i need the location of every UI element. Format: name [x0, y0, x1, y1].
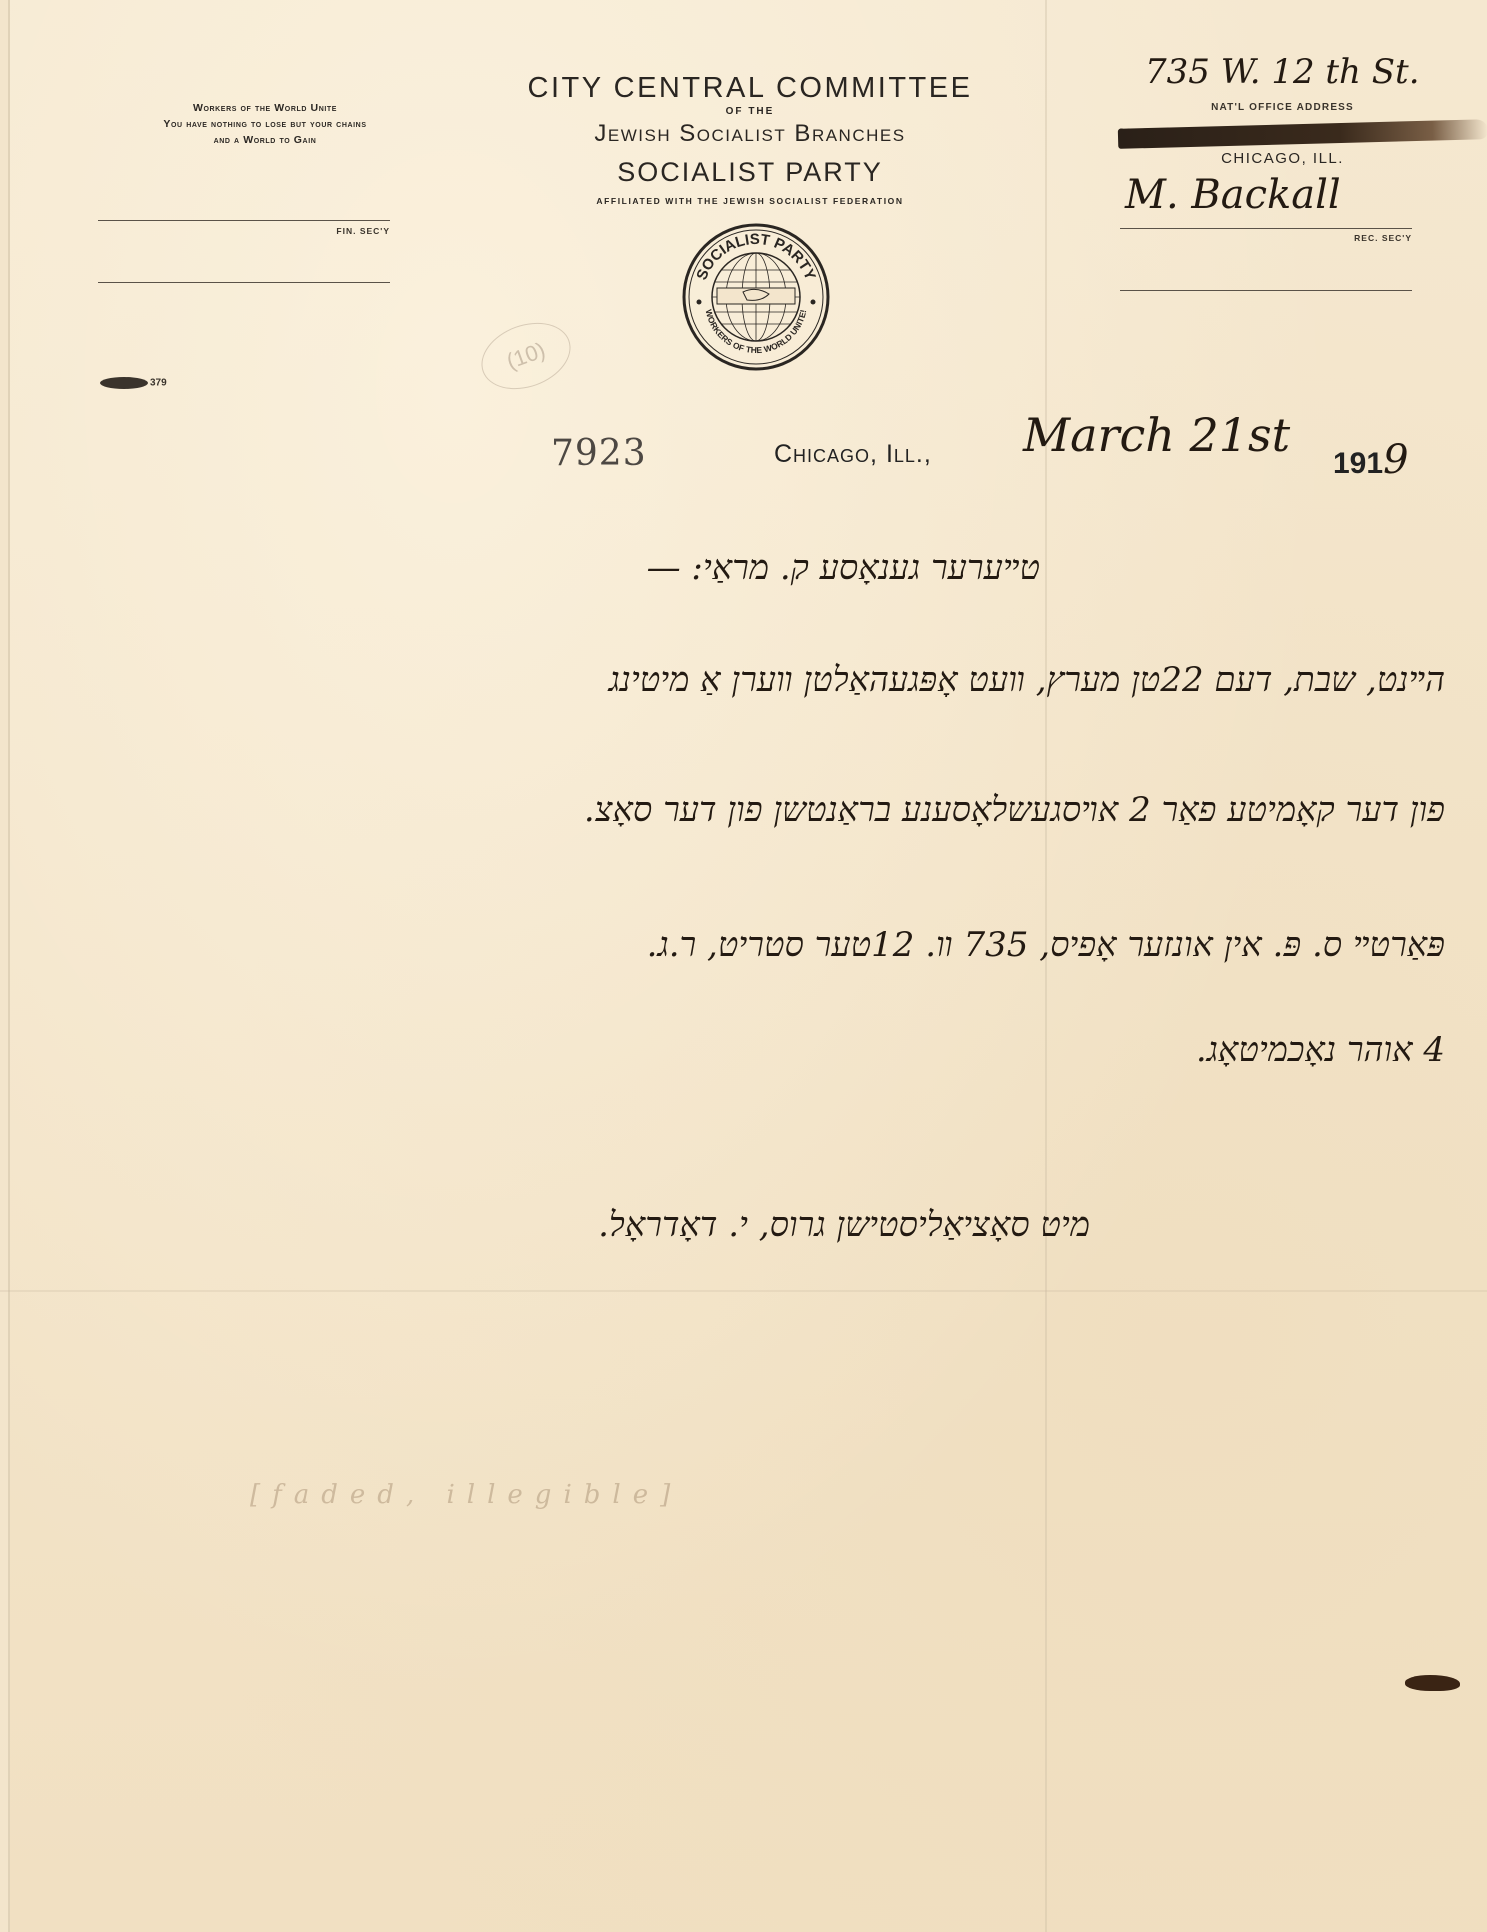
ink-blot — [1405, 1675, 1460, 1691]
letter-body-line-4: 4 אוהר נאָכמיטאָג. — [880, 1030, 1445, 1071]
letter-body-line-3: פּאַרטײ ס. פּ. אין אונזער אָפיס, 735 װ. … — [40, 925, 1445, 966]
rec-sec-signature-line — [1120, 228, 1412, 229]
motto-line-3: and a World to Gain — [95, 132, 435, 148]
year-printed: 191 — [1333, 447, 1383, 480]
paper-fold-horizontal — [0, 1290, 1487, 1292]
rec-sec-second-line — [1120, 290, 1412, 291]
affiliation-text: AFFILIATED WITH THE JEWISH SOCIALIST FED… — [430, 196, 1070, 206]
year: 1919 — [1333, 437, 1409, 483]
year-handwritten: 9 — [1383, 437, 1408, 483]
office-city: CHICAGO, ILL. — [1150, 150, 1415, 167]
letter-salutation: טײערער גענאָסע ק. מראַי: — — [420, 548, 1040, 589]
fin-sec-second-line — [98, 282, 390, 283]
natl-office-label: NAT'L OFFICE ADDRESS — [1150, 102, 1415, 113]
rec-sec-label: REC. SEC'Y — [1150, 233, 1412, 243]
socialist-party-seal-icon: SOCIALIST PARTY WORKERS OF THE WORLD UNI… — [681, 222, 831, 372]
fin-sec-signature-line — [98, 220, 390, 221]
committee-title: CITY CENTRAL COMMITTEE — [430, 72, 1070, 105]
union-bug-icon — [100, 377, 148, 389]
party-title: SOCIALIST PARTY — [430, 157, 1070, 188]
serial-number: 7923 — [551, 433, 647, 474]
rec-sec-signature: M. Backall — [1125, 172, 1341, 218]
handwritten-date: March 21st — [1023, 408, 1290, 462]
party-motto: Workers of the World Unite You have noth… — [95, 100, 435, 148]
letter-body-line-1: הײנט, שבת, דעם 22טן מערץ, װעט אָפּגעהאַל… — [40, 660, 1445, 701]
fin-sec-label: FIN. SEC'Y — [98, 226, 390, 236]
branches-title: Jewish Socialist Branches — [430, 120, 1070, 148]
union-label: 379 — [100, 377, 167, 389]
motto-line-1: Workers of the World Unite — [95, 100, 435, 116]
dateline-city: Chicago, Ill., — [774, 440, 932, 469]
union-label-number: 379 — [150, 378, 167, 389]
letter-body-line-2: פון דער קאָמיטע פאַר 2 אױסגעשלאָסענע ברא… — [40, 790, 1445, 831]
of-the-text: OF THE — [430, 106, 1070, 117]
paper-fold-vertical — [1045, 0, 1047, 1932]
handwritten-address: 735 W. 12 th St. — [1145, 52, 1420, 92]
letter-closing: מיט סאָציאַליסטישן גרוס, י. דאָדראָל. — [200, 1205, 1090, 1246]
faint-offset-text: [faded, illegible] — [250, 1480, 682, 1510]
motto-line-2: You have nothing to lose but your chains — [95, 116, 435, 132]
